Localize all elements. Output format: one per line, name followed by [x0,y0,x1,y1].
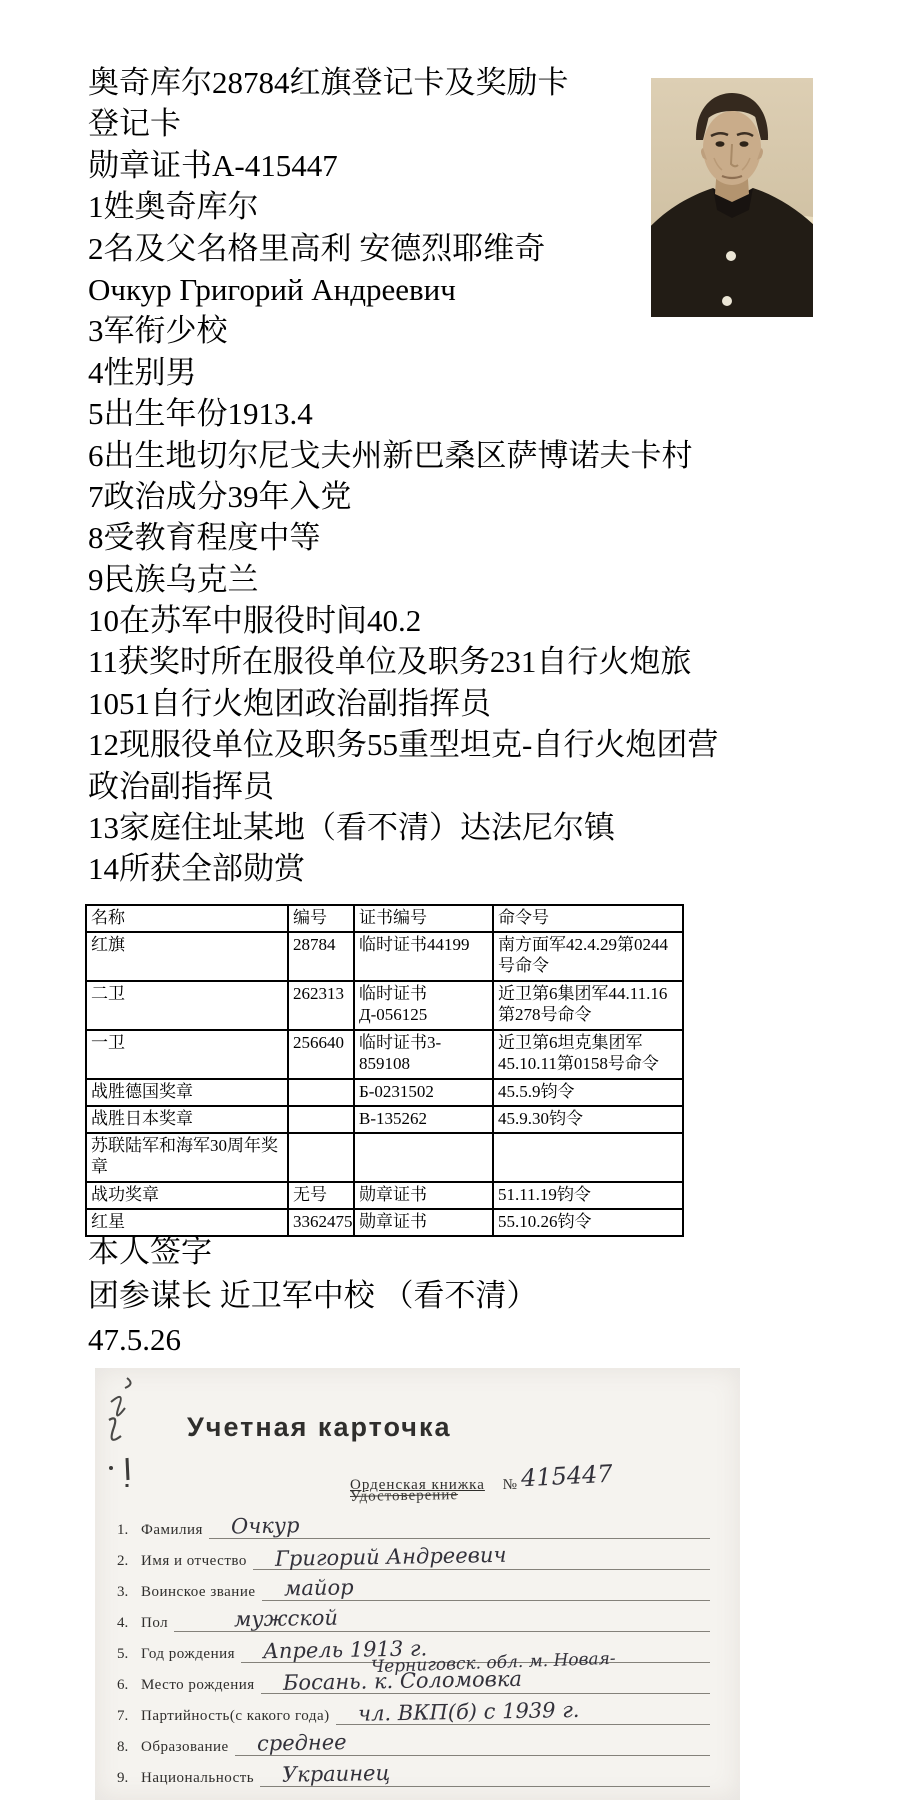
text-line: 11获奖时所在服役单位及职务231自行火炮旅 [88,641,718,682]
cell-number [288,1079,354,1106]
handwritten-value: Григорий Андреевич [253,1544,511,1571]
text-line: 10在苏军中服役时间40.2 [88,600,718,641]
col-header-name: 名称 [86,905,288,932]
cell-name: 苏联陆军和海军30周年奖章 [86,1133,288,1182]
text-line: 4性别男 [88,352,718,393]
scan-field-birth-place: 6. Место рождения Черниговск. обл. м. Но… [117,1663,710,1694]
text-line: 6出生地切尔尼戈夫州新巴桑区萨博诺夫卡村 [88,435,718,476]
scan-field-rank: 3. Воинское звание майор [117,1570,710,1601]
signature-line: 本人签字 [88,1230,538,1274]
portrait-photo [651,78,813,317]
cell-name: 战胜德国奖章 [86,1079,288,1106]
cell-name: 二卫 [86,981,288,1030]
table-row: 战胜德国奖章 Б-0231502 45.5.9钧令 [86,1079,683,1106]
table-row: 战功奖章 无号 勋章证书 51.11.19钧令 [86,1182,683,1209]
scan-field-education: 8. Образование среднее [117,1725,710,1756]
scan-field-party-membership: 7. Партийность(с какого года) чл. ВКП(б)… [117,1694,710,1725]
text-line: 1051自行火炮团政治副指挥员 [88,683,718,724]
text-line: 2名及父名格里高利 安德烈耶维奇 [88,228,718,269]
cell-certificate: Б-0231502 [354,1079,493,1106]
text-line: 9民族乌克兰 [88,559,718,600]
cell-certificate [354,1133,493,1182]
text-line: 登记卡 [88,103,718,144]
cell-order: 近卫第6集团军44.11.16第278号命令 [493,981,683,1030]
cell-order: 45.9.30钧令 [493,1106,683,1133]
signature-line: 团参谋长 近卫军中校 （看不清） [88,1274,538,1318]
text-line: 8受教育程度中等 [88,517,718,558]
cell-number: 无号 [288,1182,354,1209]
struck-label: Удостоверение [350,1487,458,1506]
cell-number: 28784 [288,932,354,981]
cell-certificate: 勋章证书 [354,1182,493,1209]
document-page: 奥奇库尔28784红旗登记卡及奖励卡 登记卡 勋章证书A-415447 1姓奥奇… [0,0,905,1800]
handwritten-value: майор [261,1576,357,1601]
text-line-russian-name: Очкур Григорий Андреевич [88,269,718,310]
handwritten-value: Босань. к. Соломовка [260,1668,525,1696]
cell-order: 近卫第6坦克集团军45.10.11第0158号命令 [493,1030,683,1079]
scan-field-sex: 4. Пол мужской [117,1601,710,1632]
cell-name: 红旗 [86,932,288,981]
text-line: 1姓奥奇库尔 [88,186,718,227]
text-line: 勋章证书A-415447 [88,145,718,186]
scan-field-name-patronymic: 2. Имя и отчество Григорий Андреевич [117,1539,710,1570]
table-row: 红旗 28784 临时证书44199 南方面军42.4.29第0244号命令 [86,932,683,981]
awards-table-header-row: 名称 编号 证书编号 命令号 [86,905,683,932]
text-line: 5出生年份1913.4 [88,393,718,434]
cell-number: 262313 [288,981,354,1030]
table-row: 二卫 262313 临时证书Д-056125 近卫第6集团军44.11.16第2… [86,981,683,1030]
order-book-number-handwritten: 415447 [520,1460,613,1493]
cell-name: 战胜日本奖章 [86,1106,288,1133]
scanned-card: Учетная карточка Орденская книжка № 4154… [95,1368,740,1800]
scan-field-nationality: 9. Национальность Украинец [117,1756,710,1787]
cell-number: 256640 [288,1030,354,1079]
cell-certificate: В-135262 [354,1106,493,1133]
signature-block: 本人签字 团参谋长 近卫军中校 （看不清） 47.5.26 [88,1230,538,1362]
number-sign: № [503,1477,517,1493]
text-line: 13家庭住址某地（看不清）达法尼尔镇 [88,807,718,848]
cell-name: 一卫 [86,1030,288,1079]
text-line: 12现服役单位及职务55重型坦克-自行火炮团营 [88,724,718,765]
table-row: 战胜日本奖章 В-135262 45.9.30钧令 [86,1106,683,1133]
cell-order [493,1133,683,1182]
scan-title: Учетная карточка [187,1412,452,1443]
table-row: 苏联陆军和海军30周年奖章 [86,1133,683,1182]
col-header-number: 编号 [288,905,354,932]
text-line: 14所获全部勋赏 [88,848,718,889]
table-row: 一卫 256640 临时证书3-859108 近卫第6坦克集团军45.10.11… [86,1030,683,1079]
cell-number [288,1106,354,1133]
text-line: 政治副指挥员 [88,766,718,807]
handwritten-value: чл. ВКП(б) с 1939 г. [335,1699,583,1726]
cell-certificate: 临时证书Д-056125 [354,981,493,1030]
cell-order: 51.11.19钧令 [493,1182,683,1209]
cell-name: 战功奖章 [86,1182,288,1209]
signature-line: 47.5.26 [88,1318,538,1362]
col-header-certificate: 证书编号 [354,905,493,932]
awards-table: 名称 编号 证书编号 命令号 红旗 28784 临时证书44199 南方面军42… [85,904,684,1237]
col-header-order: 命令号 [493,905,683,932]
scan-field-surname: 1. Фамилия Очкур [117,1508,710,1539]
handwritten-value: среднее [235,1731,351,1756]
handwritten-value: Очкур [209,1514,304,1539]
cell-certificate: 临时证书44199 [354,932,493,981]
portrait-photo-image [651,78,813,317]
cell-certificate: 临时证书3-859108 [354,1030,493,1079]
scan-fields-list: 1. Фамилия Очкур 2. Имя и отчество Григо… [117,1508,710,1787]
handwritten-value: мужской [174,1607,342,1633]
transcription-text-block: 奥奇库尔28784红旗登记卡及奖励卡 登记卡 勋章证书A-415447 1姓奥奇… [88,62,718,890]
text-line: 3军衔少校 [88,310,718,351]
text-line: 7政治成分39年入党 [88,476,718,517]
cell-number [288,1133,354,1182]
cell-order: 南方面军42.4.29第0244号命令 [493,932,683,981]
pen-scribble-mark [97,1372,143,1492]
cell-order: 45.5.9钧令 [493,1079,683,1106]
handwritten-value: Украинец [260,1762,395,1787]
text-line: 奥奇库尔28784红旗登记卡及奖励卡 [88,62,718,103]
